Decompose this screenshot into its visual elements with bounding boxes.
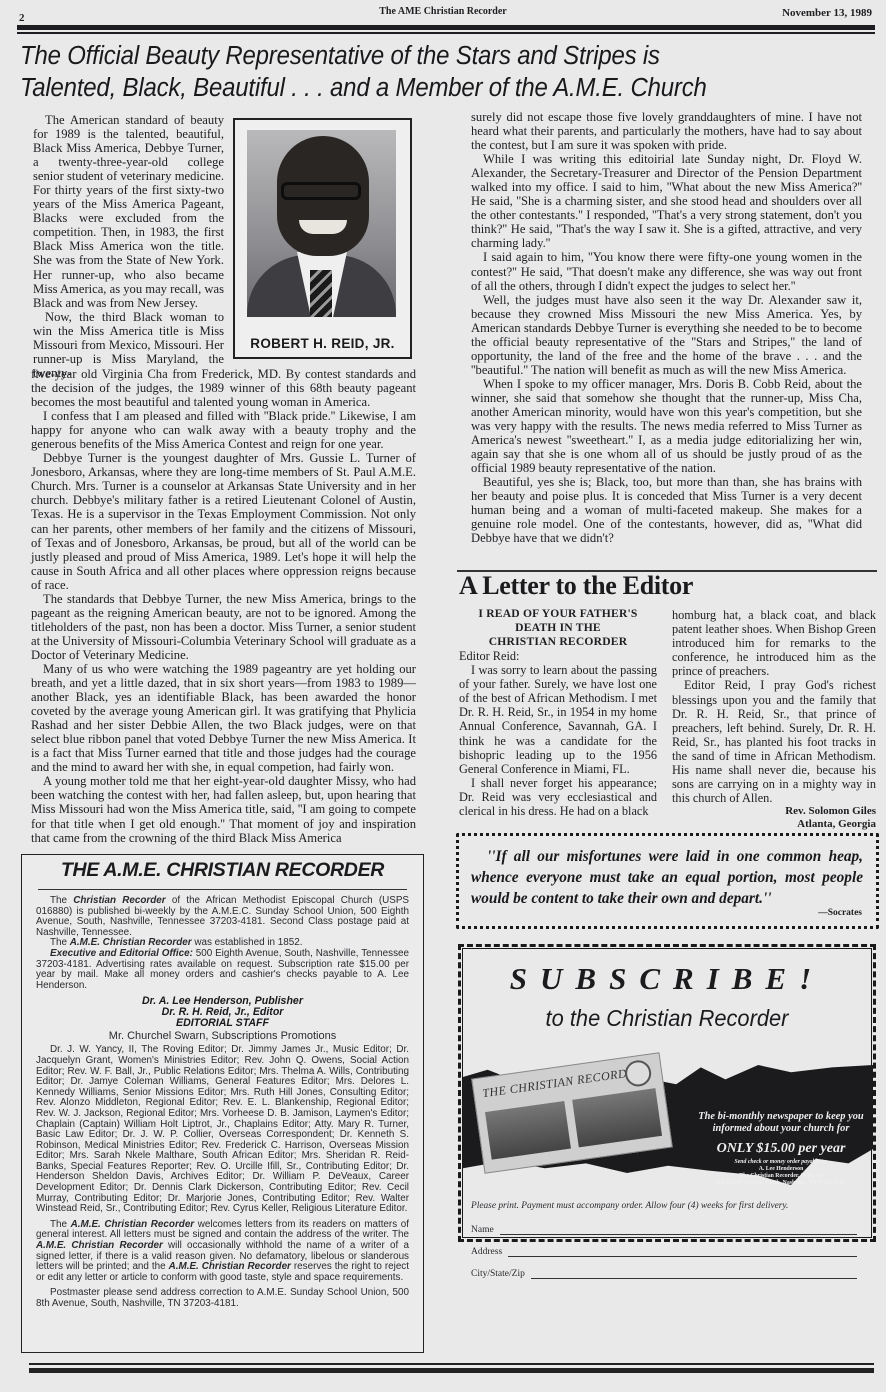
paragraph: I was sorry to learn about the passing o…	[459, 663, 657, 776]
info-box-title: THE A.M.E. CHRISTIAN RECORDER	[22, 859, 423, 882]
letters-policy: The A.M.E. Christian Recorder welcomes l…	[36, 1220, 409, 1284]
paragraph: Many of us who were watching the 1989 pa…	[31, 662, 416, 774]
quote-author: —Socrates	[818, 908, 862, 918]
letter-heading: I READ OF YOUR FATHER'S DEATH IN THE CHR…	[459, 607, 657, 649]
letter-heading-line: CHRISTIAN RECORDER	[459, 635, 657, 649]
address-input-line[interactable]	[508, 1247, 857, 1257]
payee: A. Lee Henderson	[683, 1166, 879, 1173]
name-label: Name	[471, 1225, 494, 1235]
seal-icon	[623, 1059, 652, 1088]
dept: The Christian Recorder, Dept. SB	[683, 1173, 879, 1180]
paragraph: I confess that I am pleased and filled w…	[31, 409, 416, 451]
city-state-zip-input-line[interactable]	[531, 1269, 857, 1279]
issue-date: November 13, 1989	[782, 7, 872, 19]
letter-signature: Rev. Solomon Giles Atlanta, Georgia	[672, 805, 876, 831]
paragraph: The standards that Debbye Turner, the ne…	[31, 592, 416, 662]
letter-salutation: Editor Reid:	[459, 649, 657, 663]
publication-statement: The Christian Recorder of the African Me…	[36, 896, 409, 938]
photo-caption: ROBERT H. REID, JR.	[235, 336, 410, 351]
editorial-staff-heading: EDITORIAL STAFF	[36, 1018, 409, 1029]
quote-text: ''If all our misfortunes were laid in on…	[471, 846, 863, 909]
postmaster-note: Postmaster please send address correctio…	[36, 1288, 409, 1309]
newspaper-photo	[485, 1101, 571, 1160]
editorial-wide-column: five-year old Virginia Cha from Frederic…	[31, 367, 416, 845]
paragraph: When I spoke to my officer manager, Mrs.…	[471, 377, 862, 475]
address-label: Address	[471, 1247, 502, 1257]
subscribe-ad: SUBSCRIBE! to the Christian Recorder THE…	[458, 944, 876, 1242]
subscription-price: ONLY $15.00 per year	[683, 1141, 879, 1157]
editorial-narrow-column: The American standard of beauty for 1989…	[33, 113, 224, 380]
paragraph: Editor Reid, I pray God's richest blessi…	[672, 678, 876, 805]
masthead-rule-thin	[17, 32, 875, 34]
letter-column-1: I READ OF YOUR FATHER'S DEATH IN THE CHR…	[459, 607, 657, 818]
footer-rule-thin	[29, 1363, 874, 1365]
paragraph: five-year old Virginia Cha from Frederic…	[31, 367, 416, 409]
signature-place: Atlanta, Georgia	[672, 818, 876, 831]
mailing-address: 500 Eighth Avenue, South, Nashville, TN …	[683, 1180, 879, 1187]
paragraph: homburg hat, a black coat, and black pat…	[672, 608, 876, 678]
signature-name: Rev. Solomon Giles	[672, 805, 876, 818]
paragraph: I said again to him, ''You know there we…	[471, 250, 862, 292]
letter-section-title: A Letter to the Editor	[459, 571, 693, 601]
pitch-line: The bi-monthly newspaper to keep you inf…	[683, 1111, 879, 1135]
newspaper-photo	[572, 1088, 662, 1147]
paragraph: Debbye Turner is the youngest daughter o…	[31, 451, 416, 591]
paragraph: While I was writing this editoirial late…	[471, 152, 862, 250]
subscribe-pitch: The bi-monthly newspaper to keep you inf…	[683, 1111, 879, 1187]
quote-box: ''If all our misfortunes were laid in on…	[456, 833, 879, 929]
letter-heading-line: DEATH IN THE	[459, 621, 657, 635]
editorial-right-column: surely did not escape those five lovely …	[471, 110, 862, 545]
form-note: Please print. Payment must accompany ord…	[471, 1201, 788, 1211]
staff-list: Dr. J. W. Yancy, II, The Roving Editor; …	[36, 1045, 409, 1215]
name-field[interactable]: Name	[471, 1225, 857, 1235]
subscribe-title: SUBSCRIBE!	[461, 961, 873, 997]
office-statement: Executive and Editorial Office: 500 Eigh…	[36, 949, 409, 991]
author-photo	[247, 130, 396, 317]
author-photo-box: ROBERT H. REID, JR.	[233, 118, 412, 359]
masthead-rule-thick	[17, 25, 875, 30]
letter-heading-line: I READ OF YOUR FATHER'S	[459, 607, 657, 621]
headline-line-1: The Official Beauty Representative of th…	[20, 40, 834, 72]
city-state-zip-field[interactable]: City/State/Zip	[471, 1269, 857, 1279]
paragraph: Beautiful, yes she is; Black, too, but m…	[471, 475, 862, 545]
headline-line-2: Talented, Black, Beautiful . . . and a M…	[20, 72, 834, 104]
info-box-body: The Christian Recorder of the African Me…	[36, 896, 409, 1310]
city-state-zip-label: City/State/Zip	[471, 1269, 525, 1279]
paragraph: I shall never forget his appearance; Dr.…	[459, 776, 657, 818]
promotions-credit: Mr. Churchel Swarn, Subscriptions Promot…	[36, 1030, 409, 1043]
paragraph: surely did not escape those five lovely …	[471, 110, 862, 152]
letter-column-2: homburg hat, a black coat, and black pat…	[672, 608, 876, 831]
paragraph: The American standard of beauty for 1989…	[33, 113, 224, 310]
subscribe-subtitle: to the Christian Recorder	[471, 1005, 862, 1032]
publication-name: The AME Christian Recorder	[0, 6, 886, 17]
name-input-line[interactable]	[500, 1225, 857, 1235]
address-field[interactable]: Address	[471, 1247, 857, 1257]
paragraph: A young mother told me that her eight-ye…	[31, 774, 416, 844]
paragraph: Well, the judges must have also seen it …	[471, 293, 862, 377]
headline: The Official Beauty Representative of th…	[20, 40, 834, 104]
footer-rule-thick	[29, 1368, 874, 1373]
info-box-rule	[38, 889, 407, 890]
payable-note: Send check or money order payable to:	[683, 1159, 879, 1166]
masthead-info-box: THE A.M.E. CHRISTIAN RECORDER The Christ…	[21, 854, 424, 1353]
